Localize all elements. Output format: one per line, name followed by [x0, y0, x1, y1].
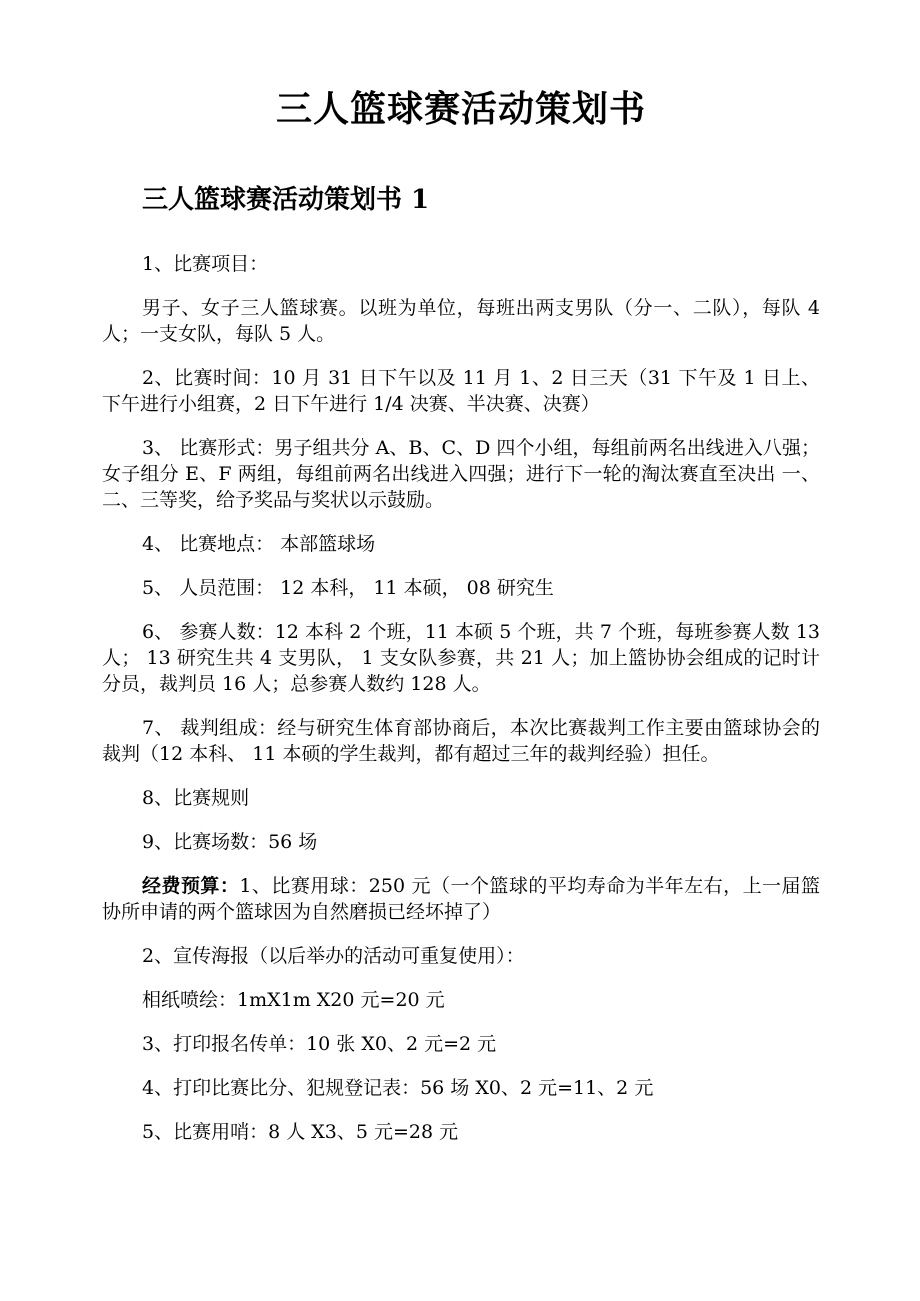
paragraph-text: 4、 比赛地点： 本部篮球场 [142, 533, 375, 555]
paragraph-text: 2、宣传海报（以后举办的活动可重复使用）： [142, 945, 525, 967]
paragraph: 4、 比赛地点： 本部篮球场 [102, 531, 820, 557]
paragraph: 经费预算：1、比赛用球：250 元（一个篮球的平均寿命为半年左右，上一届篮协所申… [102, 873, 820, 925]
paragraph-text: 男子、女子三人篮球赛。以班为单位，每班出两支男队（分一、二队），每队 4 人；一… [102, 297, 820, 345]
paragraph: 8、比赛规则 [102, 785, 820, 811]
paragraph: 6、 参赛人数：12 本科 2 个班，11 本硕 5 个班，共 7 个班，每班参… [102, 619, 820, 697]
paragraph: 4、打印比赛比分、犯规登记表：56 场 X0、2 元=11、2 元 [102, 1075, 820, 1101]
paragraph-lead: 经费预算： [142, 875, 239, 897]
paragraph: 3、打印报名传单：10 张 X0、2 元=2 元 [102, 1031, 820, 1057]
paragraph-text: 2、比赛时间：10 月 31 日下午以及 11 月 1、2 日三天（31 下午及… [102, 367, 820, 415]
paragraph-text: 相纸喷绘：1mX1m X20 元=20 元 [142, 989, 445, 1011]
paragraph: 7、 裁判组成：经与研究生体育部协商后，本次比赛裁判工作主要由篮球协会的裁判（1… [102, 715, 820, 767]
paragraph: 1、比赛项目： [102, 251, 820, 277]
paragraph: 5、比赛用哨：8 人 X3、5 元=28 元 [102, 1119, 820, 1145]
paragraph-text: 9、比赛场数：56 场 [142, 831, 317, 853]
paragraph: 2、宣传海报（以后举办的活动可重复使用）： [102, 943, 820, 969]
paragraph-text: 1、比赛项目： [142, 253, 268, 275]
document-body: 1、比赛项目： 男子、女子三人篮球赛。以班为单位，每班出两支男队（分一、二队），… [102, 251, 820, 1145]
paragraph-text: 5、 人员范围： 12 本科， 11 本硕， 08 研究生 [142, 577, 554, 599]
paragraph: 男子、女子三人篮球赛。以班为单位，每班出两支男队（分一、二队），每队 4 人；一… [102, 295, 820, 347]
paragraph: 相纸喷绘：1mX1m X20 元=20 元 [102, 987, 820, 1013]
paragraph-text: 7、 裁判组成：经与研究生体育部协商后，本次比赛裁判工作主要由篮球协会的裁判（1… [102, 717, 820, 765]
document-subtitle: 三人篮球赛活动策划书 1 [102, 184, 820, 218]
paragraph-text: 8、比赛规则 [142, 787, 249, 809]
paragraph: 9、比赛场数：56 场 [102, 829, 820, 855]
document-page: 三人篮球赛活动策划书 三人篮球赛活动策划书 1 1、比赛项目： 男子、女子三人篮… [0, 0, 920, 1301]
paragraph: 5、 人员范围： 12 本科， 11 本硕， 08 研究生 [102, 575, 820, 601]
document-title: 三人篮球赛活动策划书 [102, 88, 820, 131]
paragraph-text: 4、打印比赛比分、犯规登记表：56 场 X0、2 元=11、2 元 [142, 1077, 653, 1099]
paragraph-text: 3、 比赛形式：男子组共分 A、B、C、D 四个小组，每组前两名出线进入八强； … [102, 437, 820, 511]
paragraph-text: 6、 参赛人数：12 本科 2 个班，11 本硕 5 个班，共 7 个班，每班参… [102, 621, 820, 695]
paragraph: 2、比赛时间：10 月 31 日下午以及 11 月 1、2 日三天（31 下午及… [102, 365, 820, 417]
paragraph-text: 3、打印报名传单：10 张 X0、2 元=2 元 [142, 1033, 496, 1055]
paragraph-text: 5、比赛用哨：8 人 X3、5 元=28 元 [142, 1121, 458, 1143]
paragraph: 3、 比赛形式：男子组共分 A、B、C、D 四个小组，每组前两名出线进入八强； … [102, 435, 820, 513]
